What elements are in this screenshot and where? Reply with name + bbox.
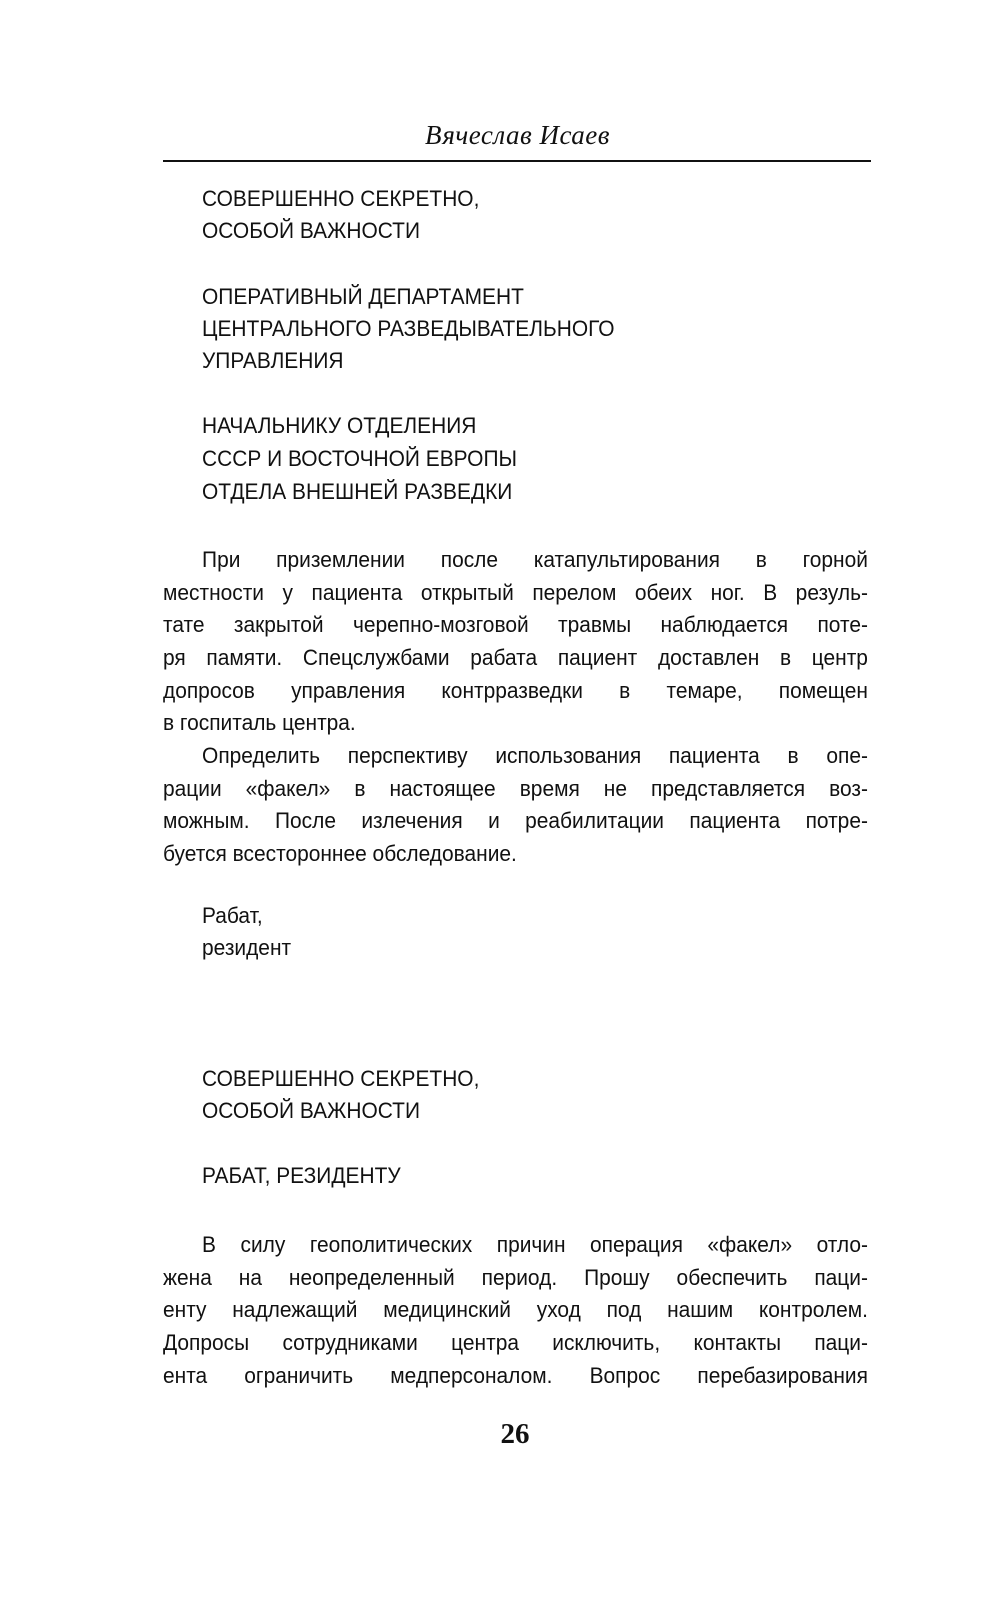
classification-line: СОВЕРШЕННО СЕКРЕТНО, xyxy=(202,1066,479,1092)
department-line: ОПЕРАТИВНЫЙ ДЕПАРТАМЕНТ xyxy=(202,284,524,310)
page-number: 26 xyxy=(0,1418,1000,1451)
department-line: ЦЕНТРАЛЬНОГО РАЗВЕДЫВАТЕЛЬНОГО xyxy=(202,316,615,342)
paragraph-line: тате закрытой черепно-мозговой травмы на… xyxy=(163,609,868,642)
paragraph-line: енту надлежащий медицинский уход под наш… xyxy=(163,1294,868,1327)
running-header-author: Вячеслав Исаев xyxy=(0,120,1000,151)
paragraph-line: Допросы сотрудниками центра исключить, к… xyxy=(163,1327,868,1360)
addressee-line: СССР И ВОСТОЧНОЙ ЕВРОПЫ xyxy=(202,446,517,472)
memo-1-paragraph-1: При приземлении после катапультирования … xyxy=(163,544,868,740)
paragraph-line: ря памяти. Спецслужбами рабата пациент д… xyxy=(163,642,868,675)
signature-line: резидент xyxy=(202,935,291,961)
paragraph-line: жена на неопределенный период. Прошу обе… xyxy=(163,1262,868,1295)
addressee-line: РАБАТ, РЕЗИДЕНТУ xyxy=(202,1163,401,1189)
paragraph-line: При приземлении после катапультирования … xyxy=(163,544,868,577)
paragraph-line: ента ограничить медперсоналом. Вопрос пе… xyxy=(163,1360,868,1393)
signature-line: Рабат, xyxy=(202,903,263,929)
header-divider xyxy=(163,160,871,162)
paragraph-line: можным. После излечения и реабилитации п… xyxy=(163,805,868,838)
memo-2-paragraph-1: В силу геополитических причин операция «… xyxy=(163,1229,868,1392)
paragraph-line: допросов управления контрразведки в тема… xyxy=(163,675,868,708)
addressee-line: НАЧАЛЬНИКУ ОТДЕЛЕНИЯ xyxy=(202,413,476,439)
classification-line: СОВЕРШЕННО СЕКРЕТНО, xyxy=(202,186,479,212)
classification-line: ОСОБОЙ ВАЖНОСТИ xyxy=(202,218,420,244)
paragraph-line: местности у пациента открытый перелом об… xyxy=(163,577,868,610)
paragraph-line: в госпиталь центра. xyxy=(163,707,868,740)
paragraph-line: буется всестороннее обследование. xyxy=(163,838,868,871)
paragraph-line: Определить перспективу использования пац… xyxy=(163,740,868,773)
paragraph-line: В силу геополитических причин операция «… xyxy=(163,1229,868,1262)
paragraph-line: рации «факел» в настоящее время не предс… xyxy=(163,773,868,806)
classification-line: ОСОБОЙ ВАЖНОСТИ xyxy=(202,1098,420,1124)
addressee-line: ОТДЕЛА ВНЕШНЕЙ РАЗВЕДКИ xyxy=(202,479,512,505)
department-line: УПРАВЛЕНИЯ xyxy=(202,348,344,374)
memo-1-paragraph-2: Определить перспективу использования пац… xyxy=(163,740,868,871)
